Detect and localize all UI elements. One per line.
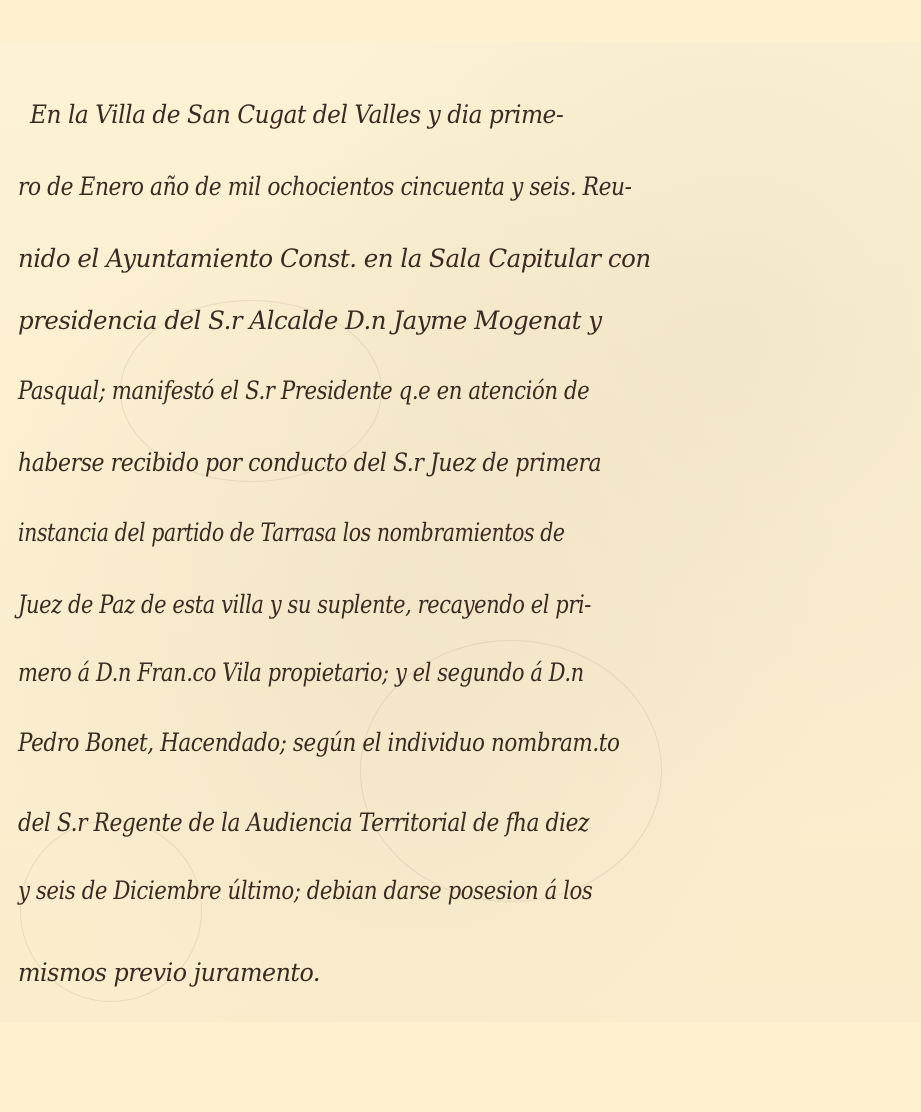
text-line-4: presidencia del S.r Alcalde D.n Jayme Mo… [18, 306, 602, 335]
text-line-2: ro de Enero año de mil ochocientos cincu… [18, 172, 632, 201]
text-line-1: En la Villa de San Cugat del Valles y di… [30, 100, 563, 129]
text-line-9: mero á D.n Fran.co Vila propietario; y e… [18, 658, 584, 687]
text-line-5: Pasqual; manifestó el S.r Presidente q.e… [18, 376, 589, 405]
text-line-13: mismos previo juramento. [18, 958, 320, 987]
top-margin [0, 0, 921, 42]
text-line-7: instancia del partido de Tarrasa los nom… [18, 518, 565, 547]
text-line-8: Juez de Paz de esta villa y su suplente,… [18, 590, 591, 619]
text-line-3: nido el Ayuntamiento Const. en la Sala C… [18, 244, 651, 273]
text-line-12: y seis de Diciembre último; debian darse… [18, 876, 592, 905]
text-line-10: Pedro Bonet, Hacendado; según el individ… [18, 728, 620, 757]
bottom-margin [0, 1022, 921, 1112]
text-line-6: haberse recibido por conducto del S.r Ju… [18, 448, 601, 477]
text-line-11: del S.r Regente de la Audiencia Territor… [18, 808, 589, 837]
manuscript-page: En la Villa de San Cugat del Valles y di… [0, 0, 921, 1112]
